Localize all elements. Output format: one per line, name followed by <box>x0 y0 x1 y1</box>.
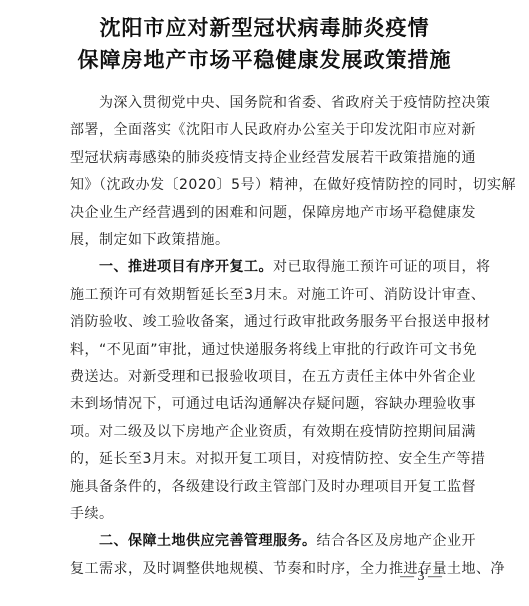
body-text-line: 展，制定如下政策措施。 <box>70 229 462 251</box>
paragraph-text: 为深入贯彻党中央、国务院和省委、省政府关于疫情防控决策 <box>99 95 491 111</box>
body-text-line: 施工预许可有效期暂延长至3月末。对施工许可、消防设计审查、 <box>70 284 462 306</box>
section-heading-line: 二、保障土地供应完善管理服务。结合各区及房地产企业开 <box>99 530 462 552</box>
body-text-line: 决企业生产经营遇到的困难和问题，保障房地产市场平稳健康发 <box>70 202 462 224</box>
body-text-line: 施具备条件的，各级建设行政主管部门及时办理项目开复工监督 <box>70 476 462 498</box>
section-heading: 一、推进项目有序开复工。 <box>99 259 273 275</box>
paragraph-text: 施工预许可有效期暂延长至3月末。对施工许可、消防设计审查、 <box>70 287 485 303</box>
paragraph-text: 知》（沈政办发〔2020〕5号）精神，在做好疫情防控的同时，切实解 <box>70 177 516 193</box>
section-heading-line: 一、推进项目有序开复工。对已取得施工预许可证的项目，将 <box>99 256 462 278</box>
body-text-line: 型冠状病毒感染的肺炎疫情支持企业经营发展若干政策措施的通 <box>70 147 462 169</box>
body-text-line: 费送达。对新受理和已报验收项目，在五方责任主体中外省企业 <box>70 366 462 388</box>
body-text-line: 知》（沈政办发〔2020〕5号）精神，在做好疫情防控的同时，切实解 <box>70 174 462 196</box>
paragraph-text: 结合各区及房地产企业开 <box>317 533 477 549</box>
body-text-line: 消防验收、竣工验收备案，通过行政审批政务服务平台报送申报材 <box>70 311 462 333</box>
body-text-line: 手续。 <box>70 503 462 525</box>
body-text-line: 项。对二级及以下房地产企业资质，有效期在疫情防控期间届满 <box>70 421 462 443</box>
paragraph-text: 型冠状病毒感染的肺炎疫情支持企业经营发展若干政策措施的通 <box>70 150 476 166</box>
paragraph-text: 项。对二级及以下房地产企业资质，有效期在疫情防控期间届满 <box>70 424 476 440</box>
page-number: — 3 — <box>400 569 442 585</box>
paragraph-text: 费送达。对新受理和已报验收项目，在五方责任主体中外省企业 <box>70 369 476 385</box>
paragraph-text: 部署，全面落实《沈阳市人民政府办公室关于印发沈阳市应对新 <box>70 122 476 138</box>
paragraph-text: 料，“不见面”审批，通过快递服务将线上审批的行政许可文书免 <box>70 342 477 358</box>
document-page: 沈阳市应对新型冠状病毒肺炎疫情 保障房地产市场平稳健康发展政策措施 为深入贯彻党… <box>0 0 529 606</box>
paragraph-text: 施具备条件的，各级建设行政主管部门及时办理项目开复工监督 <box>70 479 476 495</box>
paragraph-text: 手续。 <box>70 506 114 522</box>
body-text-line: 为深入贯彻党中央、国务院和省委、省政府关于疫情防控决策 <box>99 92 462 114</box>
section-heading: 二、保障土地供应完善管理服务。 <box>99 533 317 549</box>
paragraph-text: 的，延长至3月末。对拟开复工项目，对疫情防控、安全生产等措 <box>70 451 485 467</box>
paragraph-text: 未到场情况下，可通过电话沟通解决存疑问题，容缺办理验收事 <box>70 396 476 412</box>
body-text-line: 未到场情况下，可通过电话沟通解决存疑问题，容缺办理验收事 <box>70 393 462 415</box>
body-text-line: 的，延长至3月末。对拟开复工项目，对疫情防控、安全生产等措 <box>70 448 462 470</box>
document-title-line-2: 保障房地产市场平稳健康发展政策措施 <box>0 44 529 74</box>
document-title-line-1: 沈阳市应对新型冠状病毒肺炎疫情 <box>0 12 529 42</box>
paragraph-text: 决企业生产经营遇到的困难和问题，保障房地产市场平稳健康发 <box>70 205 476 221</box>
body-text-line: 料，“不见面”审批，通过快递服务将线上审批的行政许可文书免 <box>70 339 462 361</box>
paragraph-text: 展，制定如下政策措施。 <box>70 232 230 248</box>
paragraph-text: 对已取得施工预许可证的项目，将 <box>273 259 491 275</box>
body-text-line: 部署，全面落实《沈阳市人民政府办公室关于印发沈阳市应对新 <box>70 119 462 141</box>
paragraph-text: 消防验收、竣工验收备案，通过行政审批政务服务平台报送申报材 <box>70 314 491 330</box>
